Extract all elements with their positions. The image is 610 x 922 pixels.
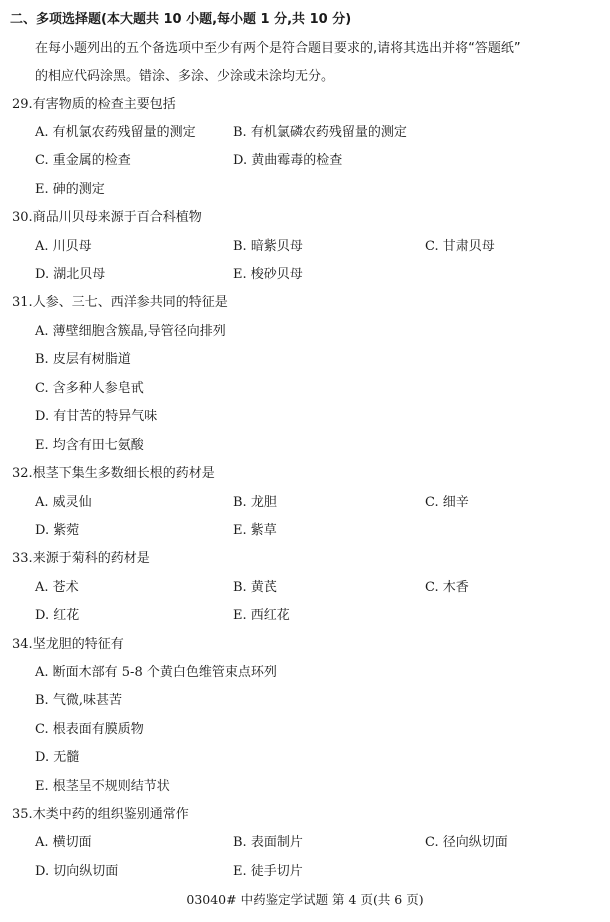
option-d: D. 有甘苦的特异气味 [35,408,157,426]
question-number: 31. [12,295,33,310]
option-a: A. 横切面 [35,834,92,852]
question-text: 有害物质的检查主要包括 [33,97,176,112]
option-d: D. 切向纵切面 [35,863,118,881]
option-c: C. 根表面有膜质物 [35,721,144,739]
section-instructions-line-1: 在每小题列出的五个备选项中至少有两个是符合题目要求的,请将其选出并将“答题纸” [35,40,521,58]
option-b: B. 气微,味甚苦 [35,692,122,710]
option-a: A. 断面木部有 5-8 个黄白色维管束点环列 [35,664,277,682]
question-text: 商品川贝母来源于百合科植物 [33,210,202,225]
option-a: A. 威灵仙 [35,494,92,512]
option-a: A. 有机氯农药残留量的测定 [35,124,196,142]
option-c: C. 径向纵切面 [425,834,508,852]
question-stem: 33.来源于菊科的药材是 [12,550,150,568]
option-b: B. 暗紫贝母 [233,238,303,256]
question-number: 29. [12,97,33,112]
question-number: 33. [12,551,33,566]
question-number: 34. [12,637,33,652]
option-e: E. 均含有田七氨酸 [35,437,144,455]
option-c: C. 重金属的检查 [35,152,131,170]
option-b: B. 皮层有树脂道 [35,351,131,369]
question-text: 来源于菊科的药材是 [33,551,150,566]
option-a: A. 薄壁细胞含簇晶,导管径向排列 [35,323,226,341]
option-b: B. 表面制片 [233,834,303,852]
option-a: A. 苍术 [35,579,79,597]
question-stem: 32.根茎下集生多数细长根的药材是 [12,465,215,483]
option-d: D. 黄曲霉毒的检查 [233,152,342,170]
page-footer: 03040# 中药鉴定学试题 第 4 页(共 6 页) [0,891,610,909]
question-text: 木类中药的组织鉴别通常作 [33,807,189,822]
option-c: C. 木香 [425,579,469,597]
option-c: C. 甘肃贝母 [425,238,495,256]
question-stem: 34.坚龙胆的特征有 [12,636,124,654]
question-text: 坚龙胆的特征有 [33,637,124,652]
option-e: E. 西红花 [233,607,290,625]
question-text: 人参、三七、西洋参共同的特征是 [33,295,228,310]
option-d: D. 红花 [35,607,79,625]
option-d: D. 无髓 [35,749,79,767]
question-stem: 31.人参、三七、西洋参共同的特征是 [12,294,228,312]
question-number: 30. [12,210,33,225]
option-e: E. 根茎呈不规则结节状 [35,778,170,796]
option-d: D. 湖北贝母 [35,266,105,284]
option-e: E. 紫草 [233,522,277,540]
question-stem: 29.有害物质的检查主要包括 [12,96,176,114]
option-e: E. 梭砂贝母 [233,266,303,284]
question-number: 35. [12,807,33,822]
question-stem: 35.木类中药的组织鉴别通常作 [12,806,189,824]
question-stem: 30.商品川贝母来源于百合科植物 [12,209,202,227]
option-b: B. 龙胆 [233,494,277,512]
option-d: D. 紫菀 [35,522,79,540]
option-e: E. 砷的测定 [35,181,105,199]
section-title: 二、多项选择题(本大题共 10 小题,每小题 1 分,共 10 分) [10,11,351,29]
option-e: E. 徒手切片 [233,863,303,881]
question-number: 32. [12,466,33,481]
option-b: B. 黄芪 [233,579,277,597]
option-a: A. 川贝母 [35,238,92,256]
option-c: C. 含多种人参皂甙 [35,380,144,398]
option-c: C. 细辛 [425,494,469,512]
option-b: B. 有机氯磷农药残留量的测定 [233,124,407,142]
question-text: 根茎下集生多数细长根的药材是 [33,466,215,481]
section-instructions-line-2: 的相应代码涂黑。错涂、多涂、少涂或未涂均无分。 [35,68,334,86]
